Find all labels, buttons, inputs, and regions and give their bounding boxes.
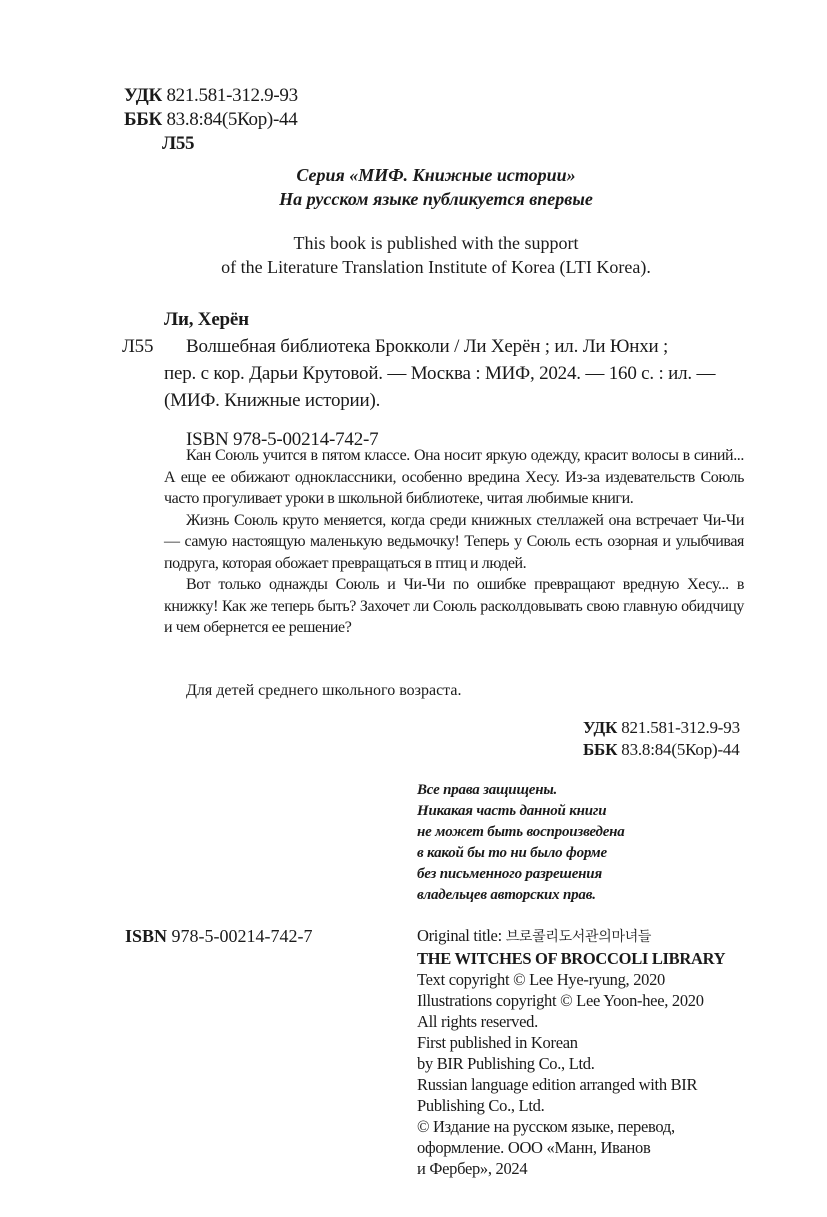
rights-line: Все права защищены. xyxy=(417,780,625,801)
copyright-block: Original title: 브로콜리도서관의마녀들 THE WITCHES … xyxy=(417,925,725,1179)
udk-label-bottom: УДК xyxy=(583,718,617,737)
udk-line: УДК 821.581-312.9-93 xyxy=(124,84,298,108)
series-title: Серия «МИФ. Книжные истории» xyxy=(45,163,827,187)
rights-line: в какой бы то ни было форме xyxy=(417,843,625,864)
russian-edition-line-1: Russian language edition arranged with B… xyxy=(417,1074,725,1095)
annotation-paragraph: Вот только однажды Союль и Чи-Чи по ошиб… xyxy=(164,574,744,639)
first-published-line-2: by BIR Publishing Co., Ltd. xyxy=(417,1053,725,1074)
illustrations-copyright: Illustrations copyright © Lee Yoon-hee, … xyxy=(417,990,725,1011)
record-line-1: Волшебная библиотека Брокколи / Ли Херён… xyxy=(164,333,668,360)
support-line-2: of the Literature Translation Institute … xyxy=(45,255,827,279)
udk-line-bottom: УДК 821.581-312.9-93 xyxy=(583,717,740,739)
classification-top: УДК 821.581-312.9-93 ББК 83.8:84(5Кор)-4… xyxy=(124,84,298,156)
annotation-paragraph: Кан Союль учится в пятом классе. Она нос… xyxy=(164,445,744,510)
bbk-line: ББК 83.8:84(5Кор)-44 xyxy=(124,108,298,132)
original-title-line: Original title: 브로콜리도서관의마녀들 xyxy=(417,925,725,948)
text-copyright: Text copyright © Lee Hye-ryung, 2020 xyxy=(417,969,725,990)
bbk-label: ББК xyxy=(124,109,162,130)
first-published-line-1: First published in Korean xyxy=(417,1032,725,1053)
bbk-line-bottom: ББК 83.8:84(5Кор)-44 xyxy=(583,739,740,761)
classification-bottom: УДК 821.581-312.9-93 ББК 83.8:84(5Кор)-4… xyxy=(583,717,740,761)
udk-value: 821.581-312.9-93 xyxy=(166,85,297,106)
author-heading: Ли, Херён xyxy=(122,306,715,333)
isbn-value: 978-5-00214-742-7 xyxy=(172,926,313,946)
rights-line: не может быть воспроизведена xyxy=(417,822,625,843)
record-author-sign: Л55 xyxy=(122,333,164,360)
rights-line: без письменного разрешения xyxy=(417,864,625,885)
annotation-paragraph: Жизнь Союль круто меняется, когда среди … xyxy=(164,510,744,575)
bbk-value: 83.8:84(5Кор)-44 xyxy=(166,109,297,130)
record-line-3: (МИФ. Книжные истории). xyxy=(122,387,715,414)
russian-copyright-line-3: и Фербер», 2024 xyxy=(417,1158,725,1179)
udk-value-bottom: 821.581-312.9-93 xyxy=(621,718,740,737)
copyright-page: УДК 821.581-312.9-93 ББК 83.8:84(5Кор)-4… xyxy=(0,0,827,1217)
rights-line: владельцев авторских прав. xyxy=(417,885,625,906)
russian-copyright-line-1: © Издание на русском языке, перевод, xyxy=(417,1116,725,1137)
support-notice: This book is published with the support … xyxy=(0,231,827,279)
annotation: Кан Союль учится в пятом классе. Она нос… xyxy=(164,445,744,639)
original-title-value: 브로콜리도서관의마녀들 xyxy=(506,929,651,945)
series-info: Серия «МИФ. Книжные истории» На русском … xyxy=(0,163,827,211)
rights-line: Никакая часть данной книги xyxy=(417,801,625,822)
isbn-bottom: ISBN 978-5-00214-742-7 xyxy=(125,925,313,947)
audience-note: Для детей среднего школьного возраста. xyxy=(186,680,461,701)
bbk-value-bottom: 83.8:84(5Кор)-44 xyxy=(621,740,739,759)
author-sign: Л55 xyxy=(124,132,298,156)
title-line: Л55 Волшебная библиотека Брокколи / Ли Х… xyxy=(122,333,715,360)
rights-notice: Все права защищены. Никакая часть данной… xyxy=(417,780,625,906)
support-line-1: This book is published with the support xyxy=(45,231,827,255)
all-rights-reserved: All rights reserved. xyxy=(417,1011,725,1032)
first-publication-note: На русском языке публикуется впервые xyxy=(45,187,827,211)
udk-label: УДК xyxy=(124,85,162,106)
bbk-label-bottom: ББК xyxy=(583,740,617,759)
russian-edition-line-2: Publishing Co., Ltd. xyxy=(417,1095,725,1116)
english-title: THE WITCHES OF BROCCOLI LIBRARY xyxy=(417,948,725,969)
bibliographic-record: Ли, Херён Л55 Волшебная библиотека Брокк… xyxy=(122,306,715,453)
russian-copyright-line-2: оформление. ООО «Манн, Иванов xyxy=(417,1137,725,1158)
original-title-label: Original title: xyxy=(417,926,502,945)
isbn-label: ISBN xyxy=(125,926,167,946)
record-line-2: пер. с кор. Дарьи Крутовой. — Москва : М… xyxy=(122,360,715,387)
